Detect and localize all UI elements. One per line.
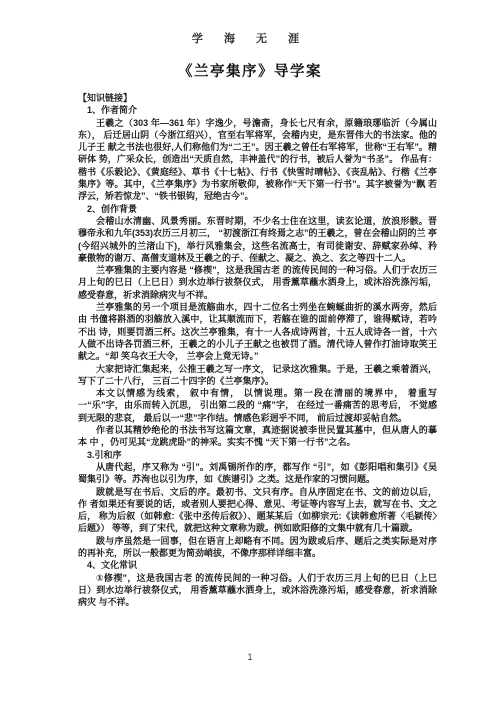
running-head: 学 海 无 涯 bbox=[0, 30, 500, 46]
page-number: 1 bbox=[0, 652, 500, 662]
paragraph-yin-xu-1: 从唐代起，序又称为 “引”。刘禹锡所作的序，都写作 “引”，如《彭阳唱和集引》《… bbox=[78, 461, 437, 486]
page-title: 《兰亭集序》导学案 bbox=[0, 60, 500, 81]
paragraph-background-5: 本文以情感为线索， 叙中有情， 以情说理。第一段在清丽的境界中， 着重写一“乐”… bbox=[78, 387, 437, 424]
section-heading-yin-and-xu: 3.引和序 bbox=[78, 449, 437, 461]
paragraph-author-intro: 王羲之（303 年—361 年）字逸少，号澹斋，身长七尺有余，原籍琅琊临沂（今属… bbox=[78, 117, 437, 203]
paragraph-background-4: 大家把诗汇集起来，公推王羲之写一序文， 记录这次雅集。于是，王羲之乘着酒兴， 写… bbox=[78, 363, 437, 388]
paragraph-background-3: 兰亭雅集的另一个项目是流觞曲水，四十二位名士列坐在蜿蜒曲折的溪水两旁，然后由 书… bbox=[78, 301, 437, 362]
paragraph-background-6: 作者以其精妙绝伦的书法书写这篇文章，真迹据说被李世民置其墓中，但从唐人的摹本 中… bbox=[78, 424, 437, 449]
paragraph-background-2: 兰亭雅集的主要内容是 “修禊”，这是我国古老 的流传民间的一种习俗。人们于农历三… bbox=[78, 264, 437, 301]
section-heading-background: 2、创作背景 bbox=[78, 203, 437, 215]
paragraph-yin-xu-2: 跋就是写在书后、文后的序。最初书、文只有序。自从序固定在书、文的前边以后，作 者… bbox=[78, 486, 437, 535]
section-heading-author-intro: 1、作者简介 bbox=[78, 104, 437, 116]
paragraph-culture-1: ①修禊”，这是我国古老 的流传民间的一种习俗。人们于农历三月上旬的巳日（上巳日）… bbox=[78, 572, 437, 609]
section-heading-knowledge-links: 【知识链接】 bbox=[78, 92, 437, 104]
document-page: 学 海 无 涯 《兰亭集序》导学案 【知识链接】 1、作者简介 王羲之（303 … bbox=[0, 0, 500, 707]
paragraph-background-1: 会稽山水清幽、风景秀丽。东晋时期，不少名士住在这里，读玄论道，放浪形骸。晋 穆帝… bbox=[78, 215, 437, 264]
document-body: 【知识链接】 1、作者简介 王羲之（303 年—361 年）字逸少，号澹斋，身长… bbox=[78, 92, 437, 608]
section-heading-culture: 4、文化常识 bbox=[78, 559, 437, 571]
paragraph-yin-xu-3: 跋与序虽然是一回事，但在语言上却略有不同。因为跋或后序、题后之类实际是对序 的再… bbox=[78, 535, 437, 560]
